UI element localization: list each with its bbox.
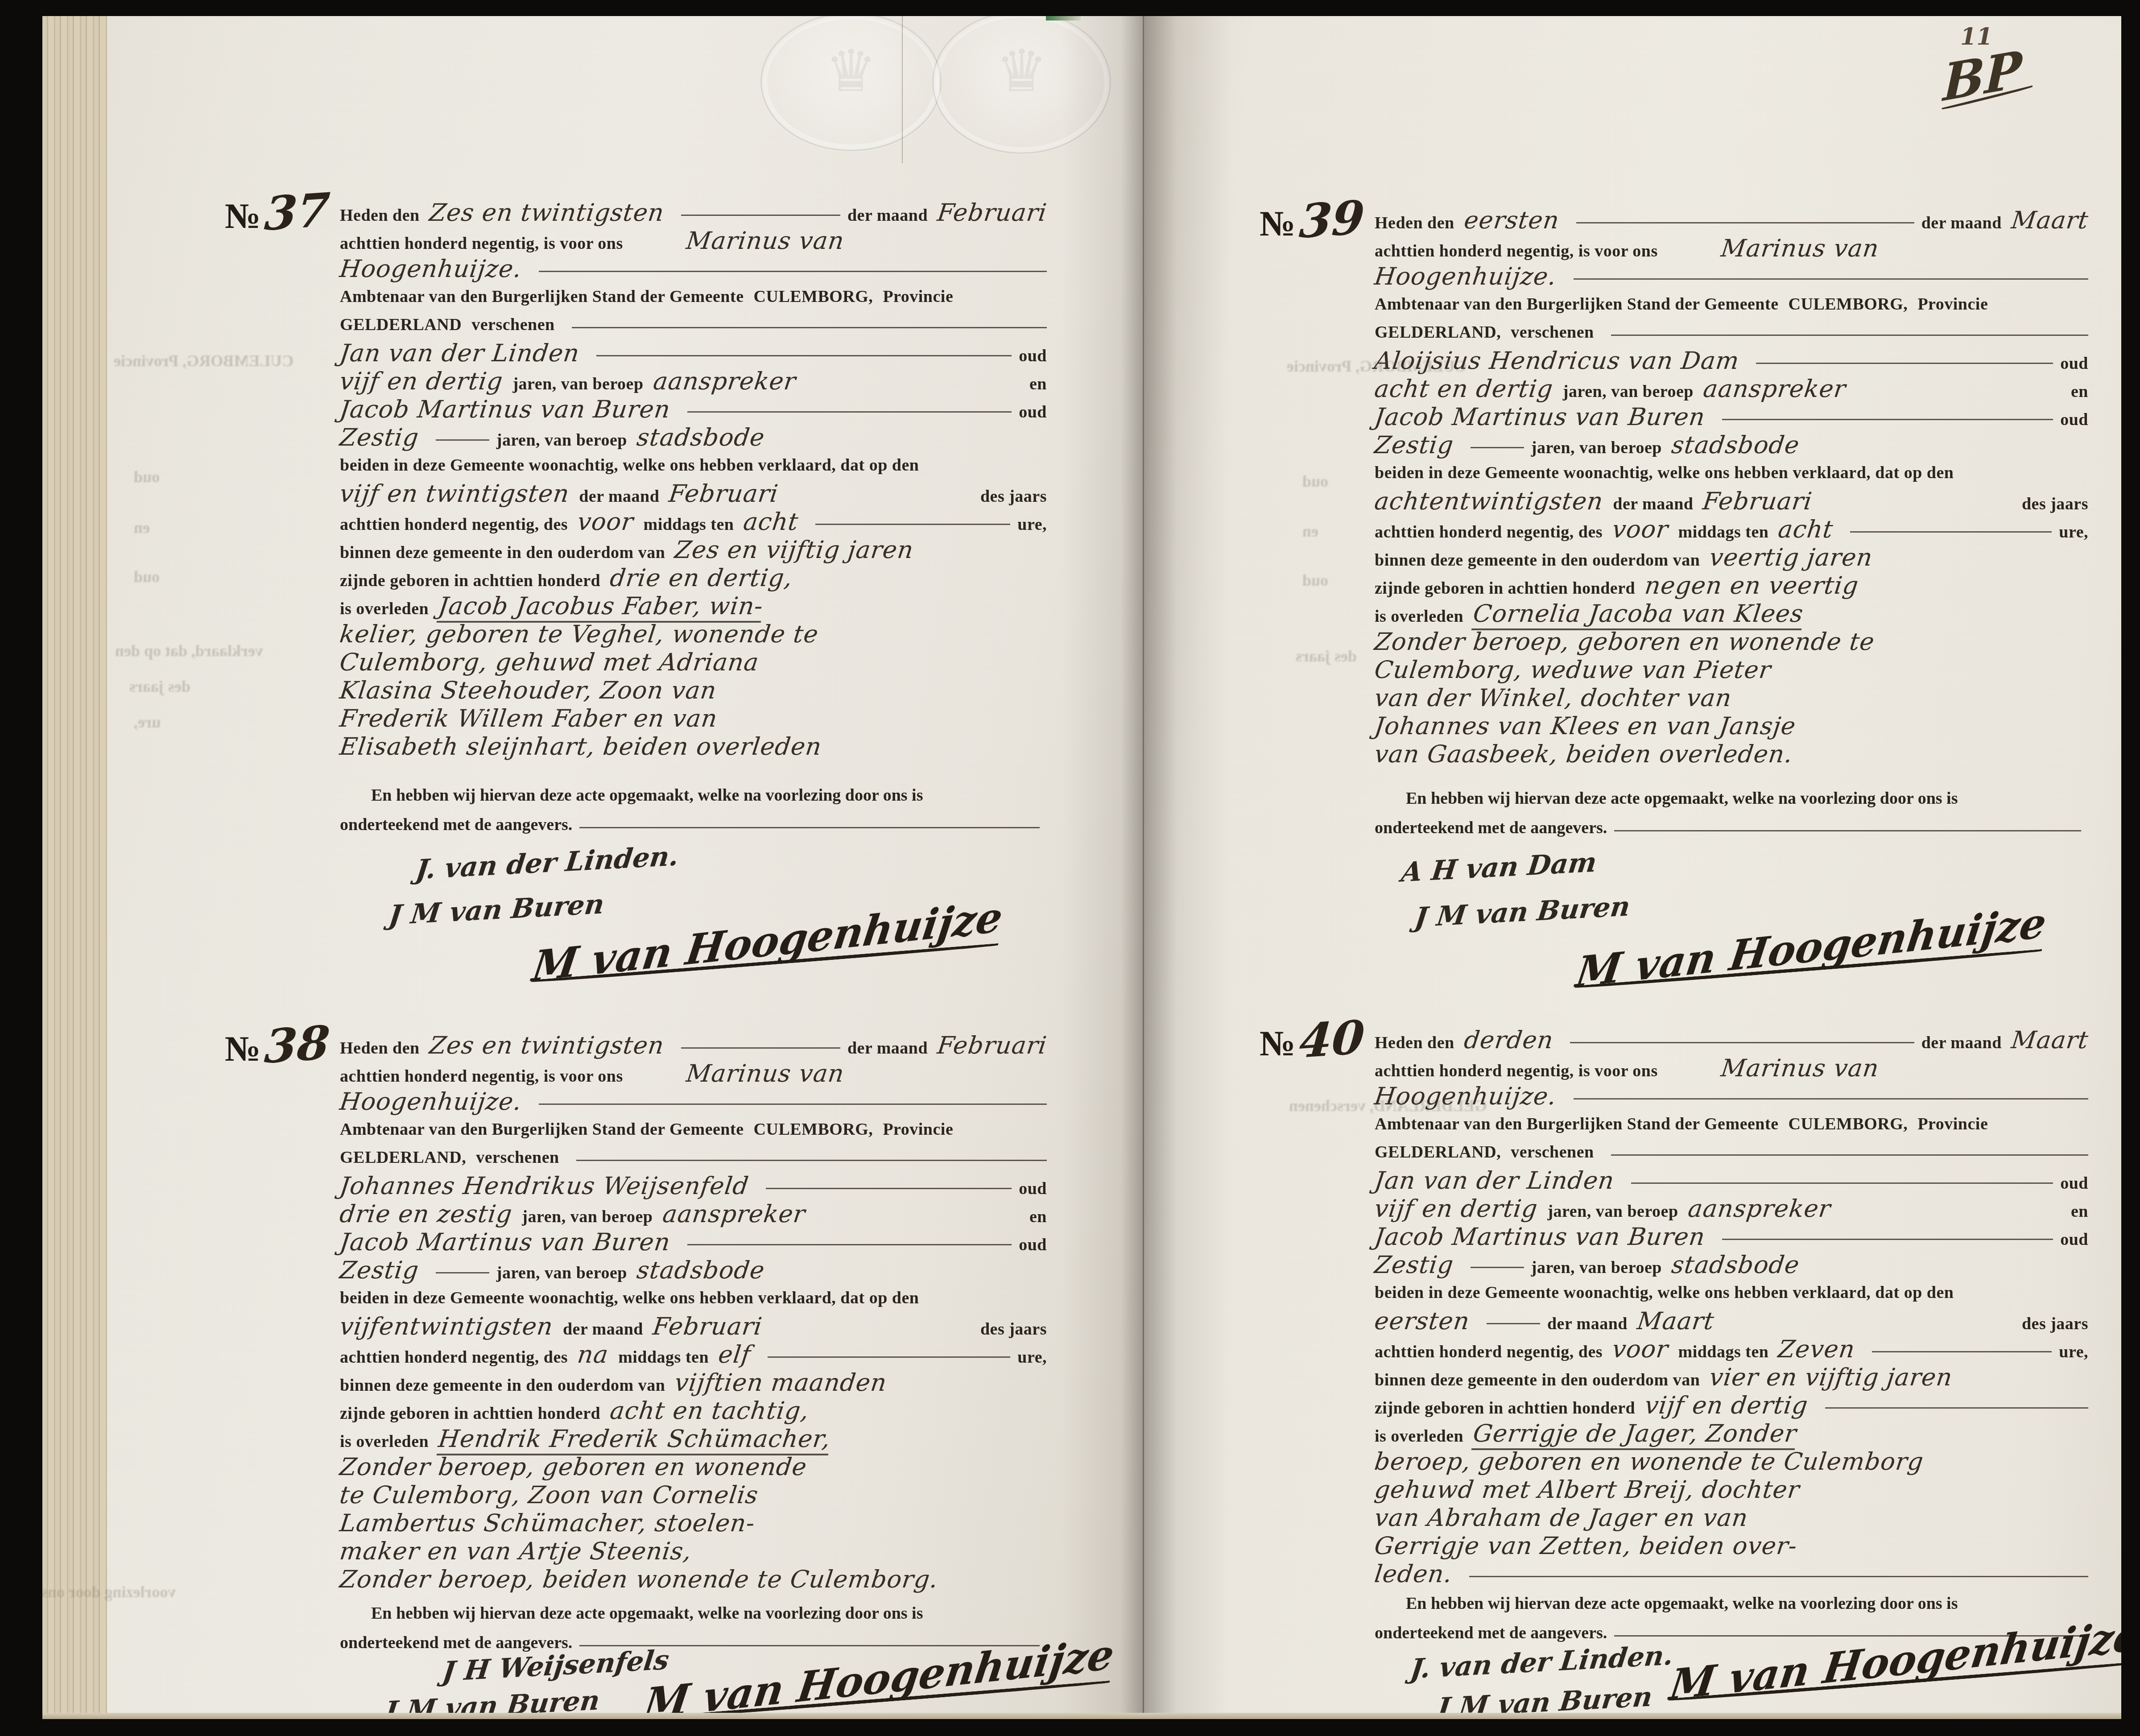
hw-declarant2: Jacob Martinus van Buren [1373, 1223, 1706, 1251]
hw-death-month: Februari [651, 1312, 764, 1340]
print-provincie: Provincie [883, 283, 953, 311]
form-line: binnen deze gemeente in den ouderdom van… [340, 1368, 1047, 1397]
bleed-through-text: des jaars [1296, 647, 1357, 665]
hw-declarant2-profession: stadsbode [1670, 431, 1801, 459]
act-number-value: 38 [263, 1019, 331, 1070]
form-line: Zestigjaren, van beroepstadsbode [1375, 1251, 2088, 1279]
hw-declarant1-age: vijf en dertig [338, 367, 504, 395]
hw-hour: acht [742, 508, 801, 536]
form-line: achttien honderd negentig, is voor onsMa… [1375, 234, 2088, 262]
registrar-signature: M van Hoogenhuijze [1573, 898, 2049, 996]
print-verschenen: verschenen [476, 1144, 559, 1172]
print-closing-2: onderteekend met de aangevers. [1375, 1618, 1607, 1648]
form-line: Zonder beroep, beiden wonende te Culembo… [340, 1565, 1047, 1593]
form-line: Culemborg, gehuwd met Adriana [340, 648, 1047, 676]
scan-background [0, 0, 2140, 16]
form-line: Hoogenhuijze. [340, 255, 1047, 283]
form-line: zijnde geboren in achttien honderdnegen … [1375, 571, 2088, 599]
print-ure: ure, [1017, 511, 1047, 539]
hw-month: Maart [2010, 206, 2090, 234]
print-beiden: beiden in deze Gemeente woonachtig, welk… [340, 451, 919, 479]
fill-line [687, 1244, 1012, 1245]
hw-birth-year: vijf en dertig [1643, 1391, 1809, 1419]
print-is-overleden: is overleden [1375, 1422, 1463, 1451]
print-is-overleden: is overleden [340, 595, 429, 623]
print-culemborg: CULEMBORG, [754, 1116, 873, 1144]
hw-deceased-detail: gehuwd met Albert Breij, dochter [1373, 1476, 1801, 1504]
print-jaren-beroep: jaren, van beroep [1531, 1254, 1662, 1282]
page-corner-marks: 11 BP [1942, 23, 2036, 107]
print-ambtenaar: Ambtenaar van den Burgerlijken Stand der… [340, 283, 744, 311]
hw-declarant1-profession: aanspreker [652, 367, 797, 395]
bleed-through-text: oud [134, 467, 160, 486]
print-jaren-beroep: jaren, van beroep [1563, 378, 1694, 406]
hw-deceased-name: Hendrik Frederik Schümacher, [437, 1425, 832, 1455]
form-line: vijf en dertigjaren, van beroepaanspreke… [340, 367, 1047, 395]
print-der-maand: der maand [1547, 1310, 1628, 1338]
form-line: beiden in deze Gemeente woonachtig, welk… [1375, 1279, 2088, 1307]
form-line: Heden deneerstender maandMaart [1375, 206, 2088, 234]
form-line: achttien honderd negentig, desnamiddags … [340, 1340, 1047, 1368]
page-bottom-edge [42, 1713, 2121, 1719]
print-negentig-des: achttien honderd negentig, des [1375, 518, 1603, 546]
form-line: van Abraham de Jager en van [1375, 1504, 2088, 1532]
hw-declarant2-profession: stadsbode [1670, 1251, 1801, 1279]
numero-symbol: № [1260, 204, 1295, 244]
hw-birth-year: acht en tachtig, [608, 1397, 810, 1425]
fill-line [539, 1104, 1047, 1105]
fill-line [768, 1356, 1010, 1358]
print-middags-ten: middags ten [1678, 518, 1768, 546]
print-des-jaars: des jaars [980, 1315, 1047, 1343]
print-negentig-des: achttien honderd negentig, des [340, 511, 568, 539]
print-oud: oud [1019, 398, 1047, 426]
hw-deceased-detail: beroep, geboren en wonende te Culemborg [1373, 1447, 1925, 1476]
form-line: Klasina Steehouder, Zoon van [340, 676, 1047, 704]
form-line: is overledenGerrigje de Jager, Zonder [1375, 1419, 2088, 1447]
hw-deceased-detail: van der Winkel, dochter van [1373, 684, 1733, 712]
act-number-value: 39 [1298, 194, 1366, 245]
form-line: Zestigjaren, van beroepstadsbode [340, 1256, 1047, 1284]
hw-declarant1-age: drie en zestig [338, 1200, 514, 1228]
print-binnen: binnen deze gemeente in den ouderdom van [1375, 1366, 1700, 1394]
print-culemborg: CULEMBORG, [754, 283, 873, 311]
fill-line [1631, 1182, 2053, 1184]
hw-official-name-1: Marinus van [1719, 234, 1880, 262]
print-closing-1: En hebben wij hiervan deze acte opgemaak… [1375, 784, 2088, 813]
hw-official-name-2: Hoogenhuijze. [1373, 262, 1558, 290]
hw-declarant2-age: Zestig [338, 1256, 420, 1284]
form-line: Heden denZes en twintigstender maandFebr… [340, 198, 1047, 227]
print-oud: oud [1019, 1231, 1047, 1259]
closing-clause: En hebben wij hiervan deze acte opgemaak… [340, 781, 1047, 839]
numero-symbol: № [225, 1029, 260, 1069]
scan-background [0, 1719, 2140, 1736]
hw-birth-year: drie en dertig, [608, 564, 794, 592]
hw-deceased-detail: Klasina Steehouder, Zoon van [338, 676, 718, 704]
hw-deceased-detail: Culemborg, gehuwd met Adriana [338, 648, 760, 676]
fill-line [1825, 1407, 2088, 1409]
form-line: gehuwd met Albert Breij, dochter [1375, 1476, 2088, 1504]
form-line: achttien honderd negentig, desvoormiddag… [1375, 1335, 2088, 1363]
hw-declarant1: Aloijsius Hendricus van Dam [1373, 347, 1741, 375]
form-line: Hoogenhuijze. [1375, 262, 2088, 290]
print-oud: oud [1019, 342, 1047, 370]
print-middags-ten: middags ten [1678, 1338, 1768, 1366]
form-line: is overledenJacob Jacobus Faber, win- [340, 592, 1047, 620]
hw-deceased-detail: Zonder beroep, beiden wonende te Culembo… [338, 1565, 940, 1593]
hw-hour: Zeven [1777, 1335, 1857, 1363]
print-closing-1: En hebben wij hiervan deze acte opgemaak… [340, 1599, 1047, 1628]
print-verschenen: verschenen [1511, 318, 1594, 347]
print-oud: oud [2060, 1226, 2088, 1254]
hw-deceased-detail: van Gaasbeek, beiden overleden. [1373, 740, 1794, 768]
form-line: binnen deze gemeente in den ouderdom van… [1375, 1363, 2088, 1391]
hw-declarant1-age: acht en dertig [1373, 375, 1555, 403]
print-gelderland: GELDERLAND, [340, 1144, 466, 1172]
hw-declarant2: Jacob Martinus van Buren [338, 1228, 672, 1256]
fill-line [576, 1160, 1047, 1161]
declarant1-signature: J. van der Linden. [414, 840, 680, 885]
print-zijnde: zijnde geboren in achttien honderd [340, 1400, 600, 1428]
hw-daypart: voor [1611, 515, 1670, 543]
form-line: achtentwintigstender maandFebruarides ja… [1375, 487, 2088, 515]
print-oud: oud [2060, 406, 2088, 434]
form-line: Zestigjaren, van beroepstadsbode [340, 423, 1047, 451]
hw-official-name-1: Marinus van [1719, 1054, 1880, 1082]
print-des-jaars: des jaars [2022, 490, 2088, 518]
fill-line [1722, 1239, 2053, 1240]
hw-deceased-detail: Elisabeth sleijnhart, beiden overleden [338, 732, 823, 761]
hw-deceased-name: Cornelia Jacoba van Klees [1471, 599, 1805, 630]
hw-deceased-detail: van Abraham de Jager en van [1373, 1504, 1750, 1532]
fill-line [766, 1188, 1012, 1189]
registrar-paraph: BP [1942, 37, 2036, 113]
hw-daypart: voor [1611, 1335, 1670, 1363]
print-ambtenaar: Ambtenaar van den Burgerlijken Stand der… [1375, 1110, 1779, 1138]
form-line: achttien honderd negentig, is voor onsMa… [340, 1059, 1047, 1087]
print-beiden: beiden in deze Gemeente woonachtig, welk… [340, 1284, 919, 1312]
fill-line [572, 327, 1047, 328]
form-line: Heden denZes en twintigstender maandFebr… [340, 1031, 1047, 1059]
form-line: Jacob Martinus van Burenoud [1375, 403, 2088, 431]
hw-death-day: vijf en twintigsten [338, 479, 571, 508]
act-40: №40 Heden denderdender maandMaart achtti… [1375, 1026, 2088, 1717]
form-line: Johannes van Klees en van Jansje [1375, 712, 2088, 740]
print-heden-den: Heden den [1375, 1029, 1454, 1057]
print-jaren-beroep: jaren, van beroep [1547, 1198, 1678, 1226]
hw-official-name-2: Hoogenhuijze. [338, 1087, 523, 1116]
fill-line [1872, 1351, 2052, 1352]
fill-line [436, 1272, 489, 1273]
print-en: en [2071, 1198, 2088, 1226]
print-zijnde: zijnde geboren in achttien honderd [1375, 1394, 1635, 1422]
form-line: Frederik Willem Faber en van [340, 704, 1047, 732]
hw-deceased-detail: Frederik Willem Faber en van [338, 704, 719, 732]
print-heden-den: Heden den [1375, 209, 1454, 237]
hw-hour: acht [1777, 515, 1835, 543]
act-number: №37 [225, 189, 330, 235]
hw-age-at-death: vier en vijftig jaren [1708, 1363, 1954, 1391]
form-line: beiden in deze Gemeente woonachtig, welk… [340, 1284, 1047, 1312]
print-verschenen: verschenen [471, 311, 555, 339]
fill-line [1487, 1323, 1540, 1324]
print-ambtenaar: Ambtenaar van den Burgerlijken Stand der… [1375, 290, 1779, 318]
embossed-seal-left: ♛ [760, 12, 942, 151]
hw-death-day: achtentwintigsten [1373, 487, 1605, 515]
form-line: kelier, geboren te Veghel, wonende te [340, 620, 1047, 648]
print-is-overleden: is overleden [340, 1428, 429, 1456]
form-line: Zestigjaren, van beroepstadsbode [1375, 431, 2088, 459]
print-negentig-des: achttien honderd negentig, des [340, 1343, 568, 1372]
fill-line [687, 411, 1012, 413]
print-closing-1: En hebben wij hiervan deze acte opgemaak… [340, 781, 1047, 810]
form-line: achttien honderd negentig, is voor onsMa… [340, 227, 1047, 255]
bleed-through-text: verklaard, dat op den [115, 641, 263, 660]
numero-symbol: № [1260, 1024, 1295, 1063]
form-line: Zonder beroep, geboren en wonende te [1375, 628, 2088, 656]
form-line: Ambtenaar van den Burgerlijken Stand der… [1375, 1110, 2088, 1138]
fill-line [1611, 1154, 2088, 1156]
gutter-fold-line [1143, 16, 1144, 1713]
form-line: vijfentwintigstender maandFebruarides ja… [340, 1312, 1047, 1340]
form-line: Gerrigje van Zetten, beiden over- [1375, 1532, 2088, 1560]
hw-birth-year: negen en veertig [1643, 571, 1860, 599]
form-line: beroep, geboren en wonende te Culemborg [1375, 1447, 2088, 1476]
hw-declarant1-profession: aanspreker [1686, 1195, 1832, 1223]
hw-death-month: Maart [1636, 1307, 1716, 1335]
hw-official-name-2: Hoogenhuijze. [1373, 1082, 1558, 1110]
hw-declarant1: Johannes Hendrikus Weijsenfeld [338, 1172, 750, 1200]
print-beiden: beiden in deze Gemeente woonachtig, welk… [1375, 1279, 1954, 1307]
form-line: GELDERLAND,verschenen [1375, 318, 2088, 347]
print-en: en [1029, 370, 1047, 398]
form-line: vijf en twintigstender maandFebruarides … [340, 479, 1047, 508]
declarant2-signature: J M van Buren [387, 889, 606, 931]
print-closing-2: onderteekend met de aangevers. [1375, 813, 1607, 843]
act-38: №38 Heden denZes en twintigstender maand… [340, 1031, 1047, 1718]
print-der-maand: der maand [1613, 490, 1693, 518]
fill-line [1614, 830, 2081, 831]
form-line: vijf en dertigjaren, van beroepaanspreke… [1375, 1195, 2088, 1223]
print-binnen: binnen deze gemeente in den ouderdom van [340, 1372, 665, 1400]
form-line: drie en zestigjaren, van beroepaanspreke… [340, 1200, 1047, 1228]
print-year-intro: achttien honderd negentig, is voor ons [1375, 237, 1658, 265]
fill-line [681, 215, 840, 216]
hw-declarant2-age: Zestig [338, 423, 420, 451]
form-line: achttien honderd negentig, is voor onsMa… [1375, 1054, 2088, 1082]
scan-background [2121, 0, 2140, 1736]
fill-line [596, 355, 1012, 356]
print-der-maand: der maand [563, 1315, 643, 1343]
print-oud: oud [2060, 1170, 2088, 1198]
fill-line [815, 524, 1010, 525]
form-line: Lambertus Schümacher, stoelen- [340, 1509, 1047, 1537]
hw-deceased-detail: Gerrigje van Zetten, beiden over- [1373, 1532, 1799, 1560]
hw-declarant2: Jacob Martinus van Buren [338, 395, 672, 423]
form-line: Ambtenaar van den Burgerlijken Stand der… [340, 1116, 1047, 1144]
bleed-through-text: des jaars [129, 677, 190, 696]
form-line: achttien honderd negentig, desvoormiddag… [1375, 515, 2088, 543]
form-line: is overledenCornelia Jacoba van Klees [1375, 599, 2088, 628]
hw-daypart: voor [576, 508, 635, 536]
print-jaren-beroep: jaren, van beroep [496, 426, 627, 455]
form-line: Hoogenhuijze. [1375, 1082, 2088, 1110]
hw-deceased-detail: Culemborg, weduwe van Pieter [1373, 656, 1773, 684]
form-line: van Gaasbeek, beiden overleden. [1375, 740, 2088, 768]
hw-hour: elf [717, 1340, 752, 1368]
form-line: maker en van Artje Steenis, [340, 1537, 1047, 1565]
hw-official-name-1: Marinus van [685, 1059, 846, 1087]
hw-death-month: Februari [1702, 487, 1814, 515]
print-der-maand: der maand [1921, 209, 2002, 237]
form-line: binnen deze gemeente in den ouderdom van… [340, 536, 1047, 564]
hw-deceased-name: Jacob Jacobus Faber, win- [437, 592, 765, 623]
form-line: leden. [1375, 1560, 2088, 1588]
hw-day: Zes en twintigsten [428, 198, 666, 227]
bleed-through-text: oud [134, 567, 160, 586]
form-line: Jacob Martinus van Burenoud [340, 1228, 1047, 1256]
print-verschenen: verschenen [1511, 1138, 1594, 1166]
fill-line [579, 827, 1040, 828]
print-jaren-beroep: jaren, van beroep [522, 1203, 653, 1231]
act-39: №39 Heden deneerstender maandMaart achtt… [1375, 206, 2088, 1054]
print-der-maand: der maand [847, 202, 928, 230]
hw-death-month: Februari [667, 479, 780, 508]
print-ure: ure, [2059, 1338, 2088, 1366]
print-provincie: Provincie [1917, 290, 1988, 318]
form-line: eerstender maandMaartdes jaars [1375, 1307, 2088, 1335]
form-line: binnen deze gemeente in den ouderdom van… [1375, 543, 2088, 571]
print-beiden: beiden in deze Gemeente woonachtig, welk… [1375, 459, 1954, 487]
crown-emboss-icon: ♛ [996, 37, 1048, 105]
form-line: GELDERLANDverschenen [340, 311, 1047, 339]
hw-deceased-detail: maker en van Artje Steenis, [338, 1537, 693, 1565]
hw-day: derden [1462, 1026, 1555, 1054]
print-ure: ure, [1017, 1343, 1047, 1372]
form-line: Ambtenaar van den Burgerlijken Stand der… [1375, 290, 2088, 318]
form-line: Jan van der Lindenoud [340, 339, 1047, 367]
page-curl-edge [902, 16, 903, 163]
hw-deceased-detail: Zonder beroep, geboren en wonende [338, 1453, 809, 1481]
bleed-through-text: CULEMBORG, Provincie [114, 351, 293, 370]
fill-line [681, 1047, 840, 1049]
print-year-intro: achttien honderd negentig, is voor ons [340, 1062, 623, 1091]
print-culemborg: CULEMBORG, [1789, 1110, 1908, 1138]
act-number: №39 [1260, 196, 1364, 243]
print-provincie: Provincie [1917, 1110, 1988, 1138]
act-number: №38 [225, 1021, 330, 1068]
fill-line [1611, 335, 2088, 336]
hw-declarant2-age: Zestig [1373, 431, 1455, 459]
hw-declarant1: Jan van der Linden [1373, 1166, 1616, 1195]
form-line: van der Winkel, dochter van [1375, 684, 2088, 712]
form-line: Aloijsius Hendricus van Damoud [1375, 347, 2088, 375]
print-jaren-beroep: jaren, van beroep [1531, 434, 1662, 462]
hw-declarant2-profession: stadsbode [635, 423, 766, 451]
print-jaren-beroep: jaren, van beroep [512, 370, 643, 398]
hw-death-day: eersten [1373, 1307, 1471, 1335]
print-binnen: binnen deze gemeente in den ouderdom van [340, 539, 665, 567]
hw-age-at-death: vijftien maanden [673, 1368, 888, 1397]
print-culemborg: CULEMBORG, [1789, 290, 1908, 318]
hw-declarant1: Jan van der Linden [338, 339, 581, 367]
scan-background [0, 0, 42, 1736]
embossed-seal-right: ♛ [932, 11, 1111, 154]
hw-death-day: vijfentwintigsten [338, 1312, 555, 1340]
bleed-through-text: ure, [134, 713, 161, 732]
print-des-jaars: des jaars [2022, 1310, 2088, 1338]
hw-declarant1-profession: aanspreker [661, 1200, 807, 1228]
hw-declarant1-profession: aanspreker [1702, 375, 1847, 403]
form-line: Jacob Martinus van Burenoud [1375, 1223, 2088, 1251]
form-line: Heden denderdender maandMaart [1375, 1026, 2088, 1054]
bleed-through-text: en [134, 518, 150, 537]
print-oud: oud [2060, 350, 2088, 378]
print-en: en [1029, 1203, 1047, 1231]
hw-official-name-1: Marinus van [685, 227, 846, 255]
hw-month: Februari [936, 1031, 1049, 1059]
bleed-through-text: oud [1302, 472, 1328, 491]
hw-declarant2-profession: stadsbode [635, 1256, 766, 1284]
declarant2-signature: J M van Buren [1413, 891, 1632, 934]
print-middags-ten: middags ten [618, 1343, 709, 1372]
hw-deceased-detail: Johannes van Klees en van Jansje [1373, 712, 1797, 740]
hw-daypart: na [576, 1340, 610, 1368]
hw-declarant2: Jacob Martinus van Buren [1373, 403, 1706, 431]
hw-deceased-detail: Lambertus Schümacher, stoelen- [338, 1509, 756, 1537]
hw-day: eersten [1462, 206, 1561, 234]
form-line: te Culemborg, Zoon van Cornelis [340, 1481, 1047, 1509]
print-gelderland: GELDERLAND, [1375, 318, 1501, 347]
hw-deceased-detail: te Culemborg, Zoon van Cornelis [338, 1481, 760, 1509]
bleed-through-text: voorlezing door ons is [27, 1583, 176, 1601]
crown-emboss-icon: ♛ [825, 37, 877, 105]
form-line: zijnde geboren in achttien honderddrie e… [340, 564, 1047, 592]
print-is-overleden: is overleden [1375, 603, 1463, 631]
print-binnen: binnen deze gemeente in den ouderdom van [1375, 546, 1700, 575]
print-middags-ten: middags ten [643, 511, 734, 539]
form-line: GELDERLAND,verschenen [340, 1144, 1047, 1172]
print-heden-den: Heden den [340, 202, 420, 230]
hw-day: Zes en twintigsten [428, 1031, 666, 1059]
form-line: achttien honderd negentig, desvoormiddag… [340, 508, 1047, 536]
numero-symbol: № [225, 197, 260, 236]
fill-line [539, 271, 1047, 272]
act-37: №37 Heden denZes en twintigstender maand… [340, 198, 1047, 1046]
closing-clause: En hebben wij hiervan deze acte opgemaak… [1375, 784, 2088, 843]
hw-declarant2-age: Zestig [1373, 1251, 1455, 1279]
hw-deceased-detail: kelier, geboren te Veghel, wonende te [338, 620, 820, 648]
print-des-jaars: des jaars [980, 483, 1047, 511]
hw-month: Februari [936, 198, 1049, 227]
print-der-maand: der maand [847, 1034, 928, 1062]
act-number: №40 [1260, 1016, 1364, 1062]
form-line: Elisabeth sleijnhart, beiden overleden [340, 732, 1047, 761]
hw-deceased-detail: leden. [1373, 1560, 1454, 1588]
form-line: Johannes Hendrikus Weijsenfeldoud [340, 1172, 1047, 1200]
print-en: en [2071, 378, 2088, 406]
print-ambtenaar: Ambtenaar van den Burgerlijken Stand der… [340, 1116, 744, 1144]
fill-line [1471, 447, 1524, 448]
print-closing-2: onderteekend met de aangevers. [340, 810, 572, 839]
act-number-value: 37 [263, 186, 331, 237]
fill-line [1471, 1267, 1524, 1268]
form-line: is overledenHendrik Frederik Schümacher, [340, 1425, 1047, 1453]
print-ure: ure, [2059, 518, 2088, 546]
print-zijnde: zijnde geboren in achttien honderd [340, 567, 600, 595]
print-zijnde: zijnde geboren in achttien honderd [1375, 575, 1635, 603]
